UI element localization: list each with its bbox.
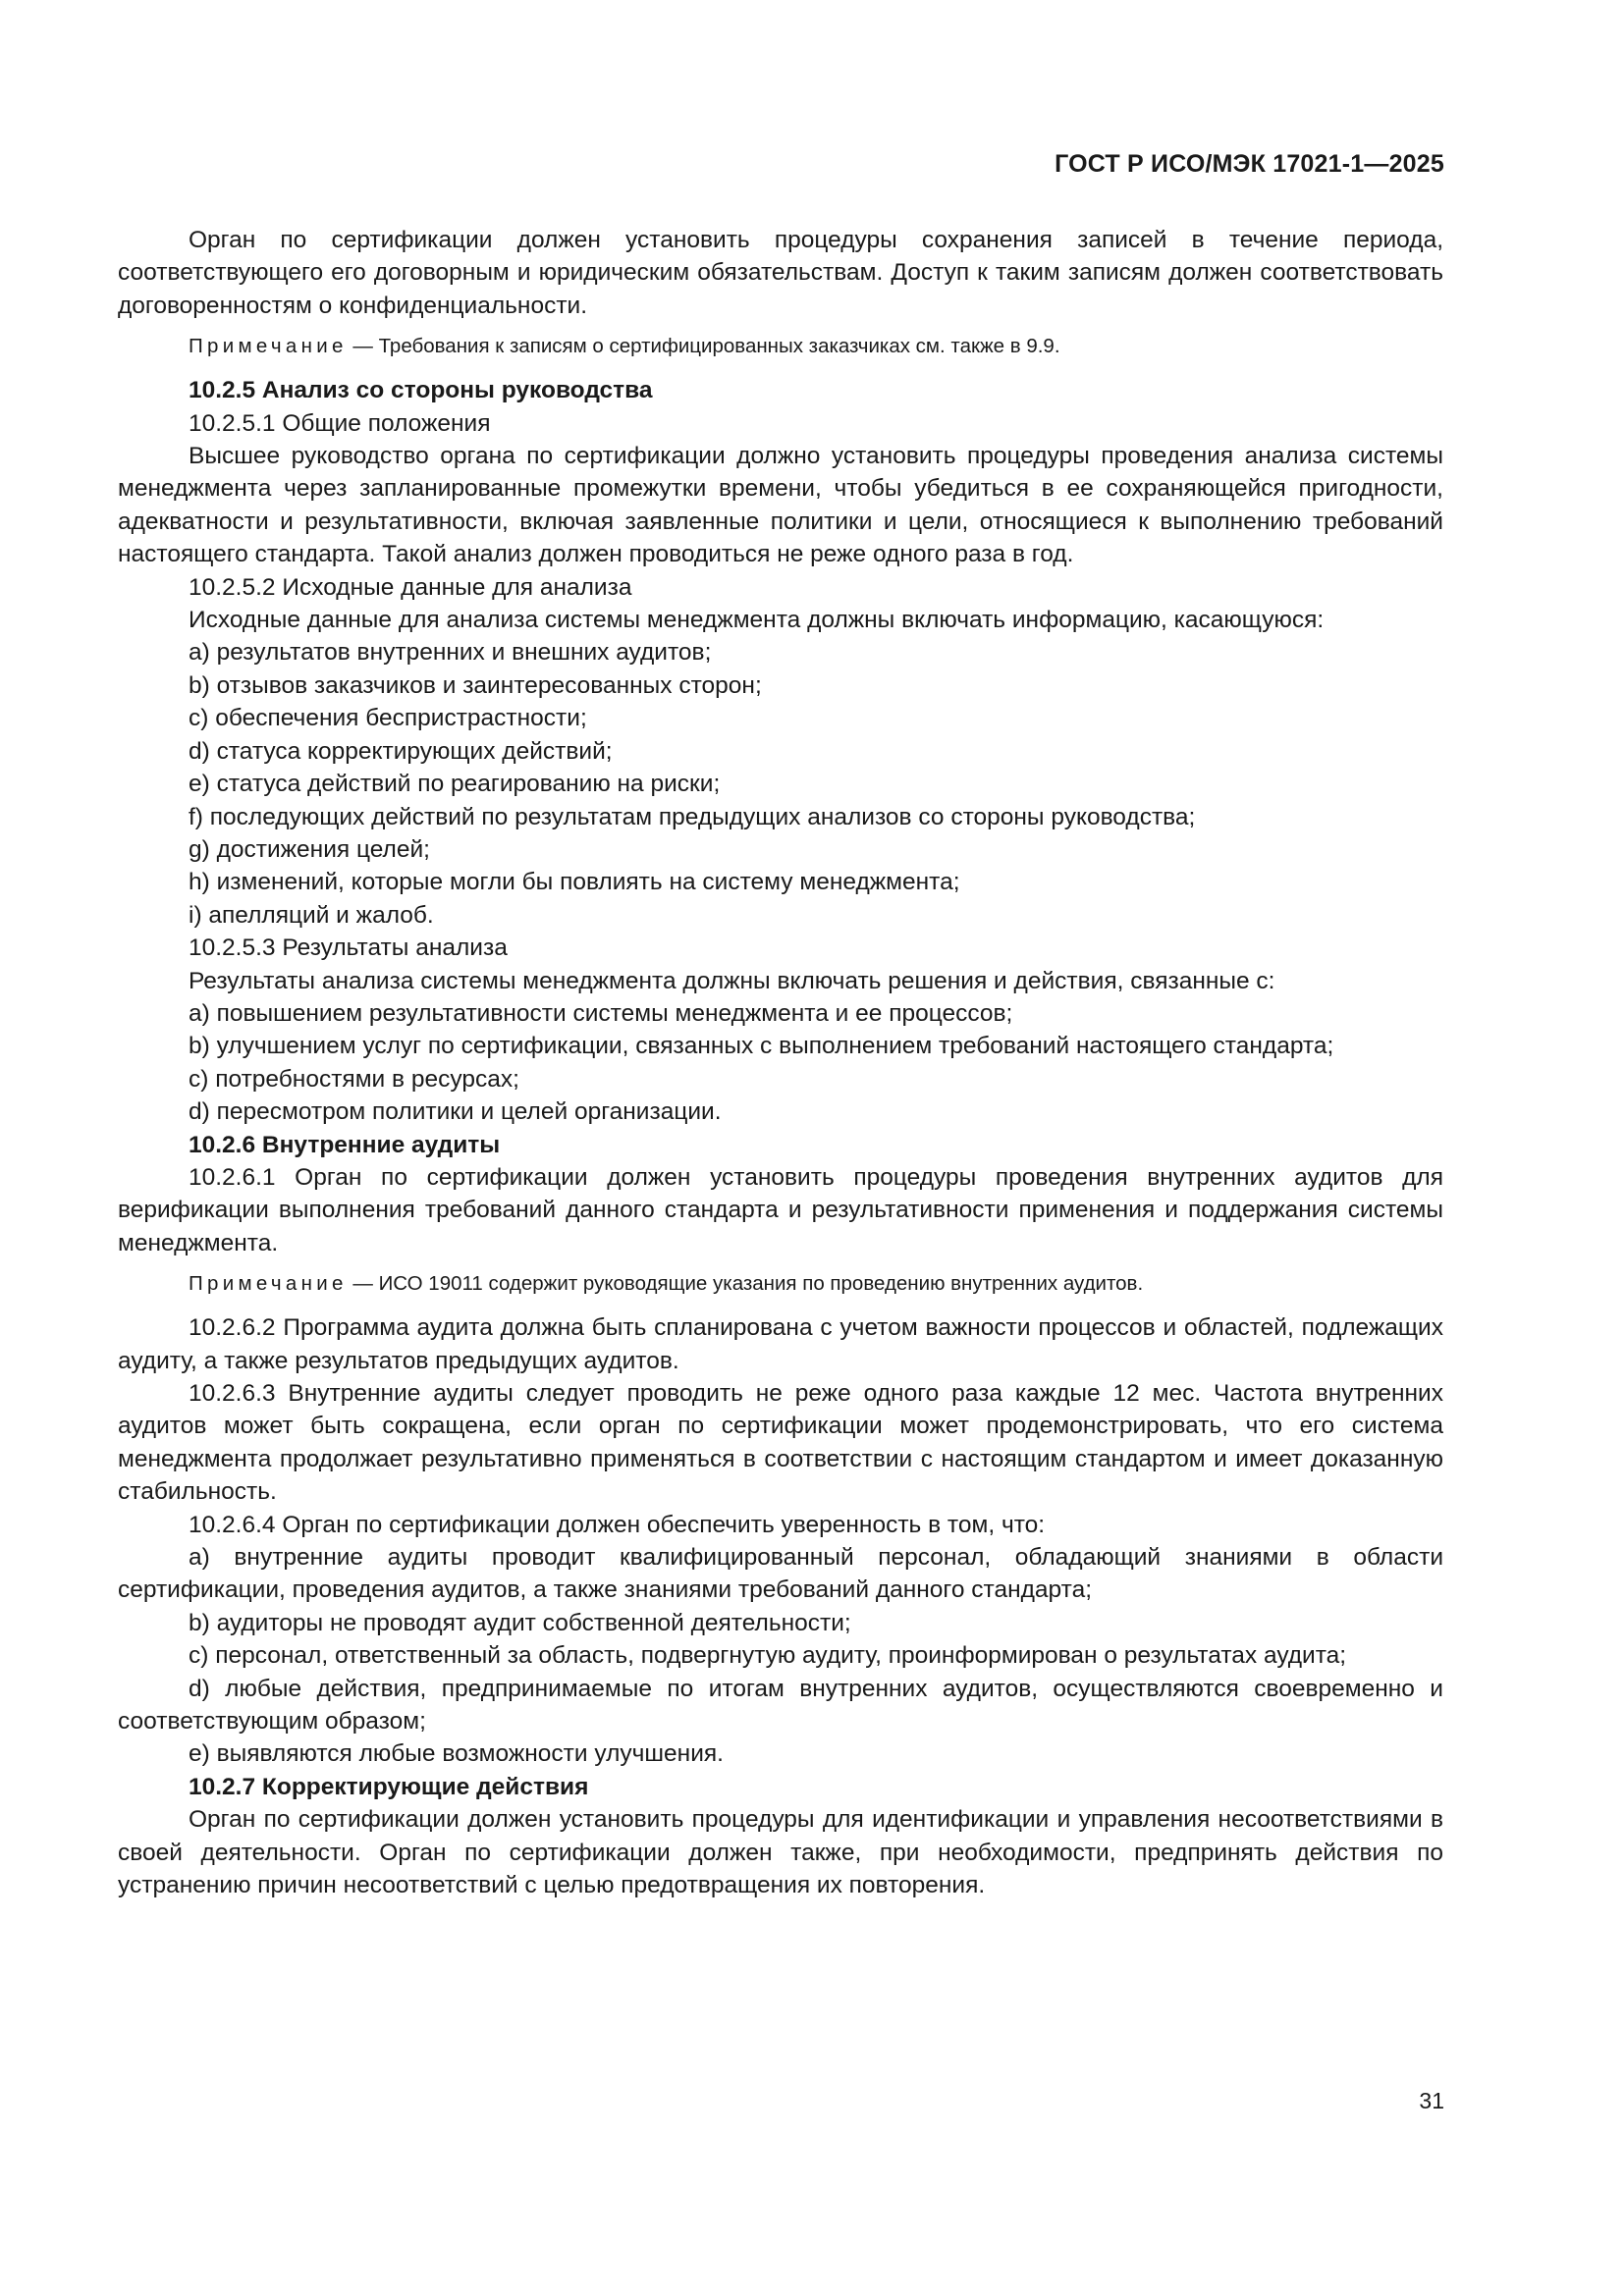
list-item: a) повышением результативности системы м… xyxy=(118,997,1443,1030)
note-text: Требования к записям о сертифицированных… xyxy=(379,335,1060,357)
note-label: Примечание xyxy=(189,1272,348,1295)
list-item: g) достижения целей; xyxy=(118,833,1443,866)
paragraph-10-2-6-4: 10.2.6.4 Орган по сертификации должен об… xyxy=(118,1509,1443,1541)
list-item: c) персонал, ответственный за область, п… xyxy=(118,1639,1443,1672)
list-item: a) внутренние аудиты проводит квалифицир… xyxy=(118,1541,1443,1607)
paragraph-10-2-6-2: 10.2.6.2 Программа аудита должна быть сп… xyxy=(118,1311,1443,1377)
list-item: a) результатов внутренних и внешних ауди… xyxy=(118,636,1443,668)
list-item: d) пересмотром политики и целей организа… xyxy=(118,1095,1443,1128)
subsection-title-10-2-5-2: 10.2.5.2 Исходные данные для анализа xyxy=(118,571,1443,604)
paragraph-10-2-5-1: Высшее руководство органа по сертификаци… xyxy=(118,440,1443,571)
list-item: c) обеспечения беспристрастности; xyxy=(118,702,1443,734)
list-item: b) аудиторы не проводят аудит собственно… xyxy=(118,1607,1443,1639)
note-dash: — xyxy=(348,1272,379,1295)
section-heading-10-2-6: 10.2.6 Внутренние аудиты xyxy=(118,1129,1443,1161)
document-header: ГОСТ Р ИСО/МЭК 17021-1—2025 xyxy=(1055,150,1444,179)
list-item: b) отзывов заказчиков и заинтересованных… xyxy=(118,669,1443,702)
note-dash: — xyxy=(348,335,379,357)
list-item: c) потребностями в ресурсах; xyxy=(118,1063,1443,1095)
paragraph-10-2-5-2: Исходные данные для анализа системы мене… xyxy=(118,604,1443,636)
list-item: f) последующих действий по результатам п… xyxy=(118,801,1443,833)
list-item: b) улучшением услуг по сертификации, свя… xyxy=(118,1030,1443,1062)
subsection-title-10-2-5-3: 10.2.5.3 Результаты анализа xyxy=(118,932,1443,964)
note-label: Примечание xyxy=(189,335,348,357)
paragraph-10-2-7: Орган по сертификации должен установить … xyxy=(118,1803,1443,1901)
list-item: i) апелляций и жалоб. xyxy=(118,899,1443,932)
list-item: d) статуса корректирующих действий; xyxy=(118,735,1443,768)
section-heading-10-2-5: 10.2.5 Анализ со стороны руководства xyxy=(118,374,1443,406)
list-item: e) выявляются любые возможности улучшени… xyxy=(118,1737,1443,1770)
list-item: d) любые действия, предпринимаемые по ит… xyxy=(118,1673,1443,1738)
section-heading-10-2-7: 10.2.7 Корректирующие действия xyxy=(118,1771,1443,1803)
list-item: e) статуса действий по реагированию на р… xyxy=(118,768,1443,800)
page-number: 31 xyxy=(1419,2088,1444,2114)
note-records: Примечание — Требования к записям о серт… xyxy=(118,332,1443,361)
paragraph-10-2-5-3: Результаты анализа системы менеджмента д… xyxy=(118,965,1443,997)
subsection-title-10-2-5-1: 10.2.5.1 Общие положения xyxy=(118,407,1443,440)
list-item: h) изменений, которые могли бы повлиять … xyxy=(118,866,1443,898)
document-body: Орган по сертификации должен установить … xyxy=(118,224,1443,1902)
paragraph-10-2-6-1: 10.2.6.1 Орган по сертификации должен ус… xyxy=(118,1161,1443,1259)
note-internal-audits: Примечание — ИСО 19011 содержит руководя… xyxy=(118,1269,1443,1299)
paragraph-10-2-6-3: 10.2.6.3 Внутренние аудиты следует прово… xyxy=(118,1377,1443,1509)
paragraph-records: Орган по сертификации должен установить … xyxy=(118,224,1443,322)
note-text: ИСО 19011 содержит руководящие указания … xyxy=(379,1272,1144,1295)
